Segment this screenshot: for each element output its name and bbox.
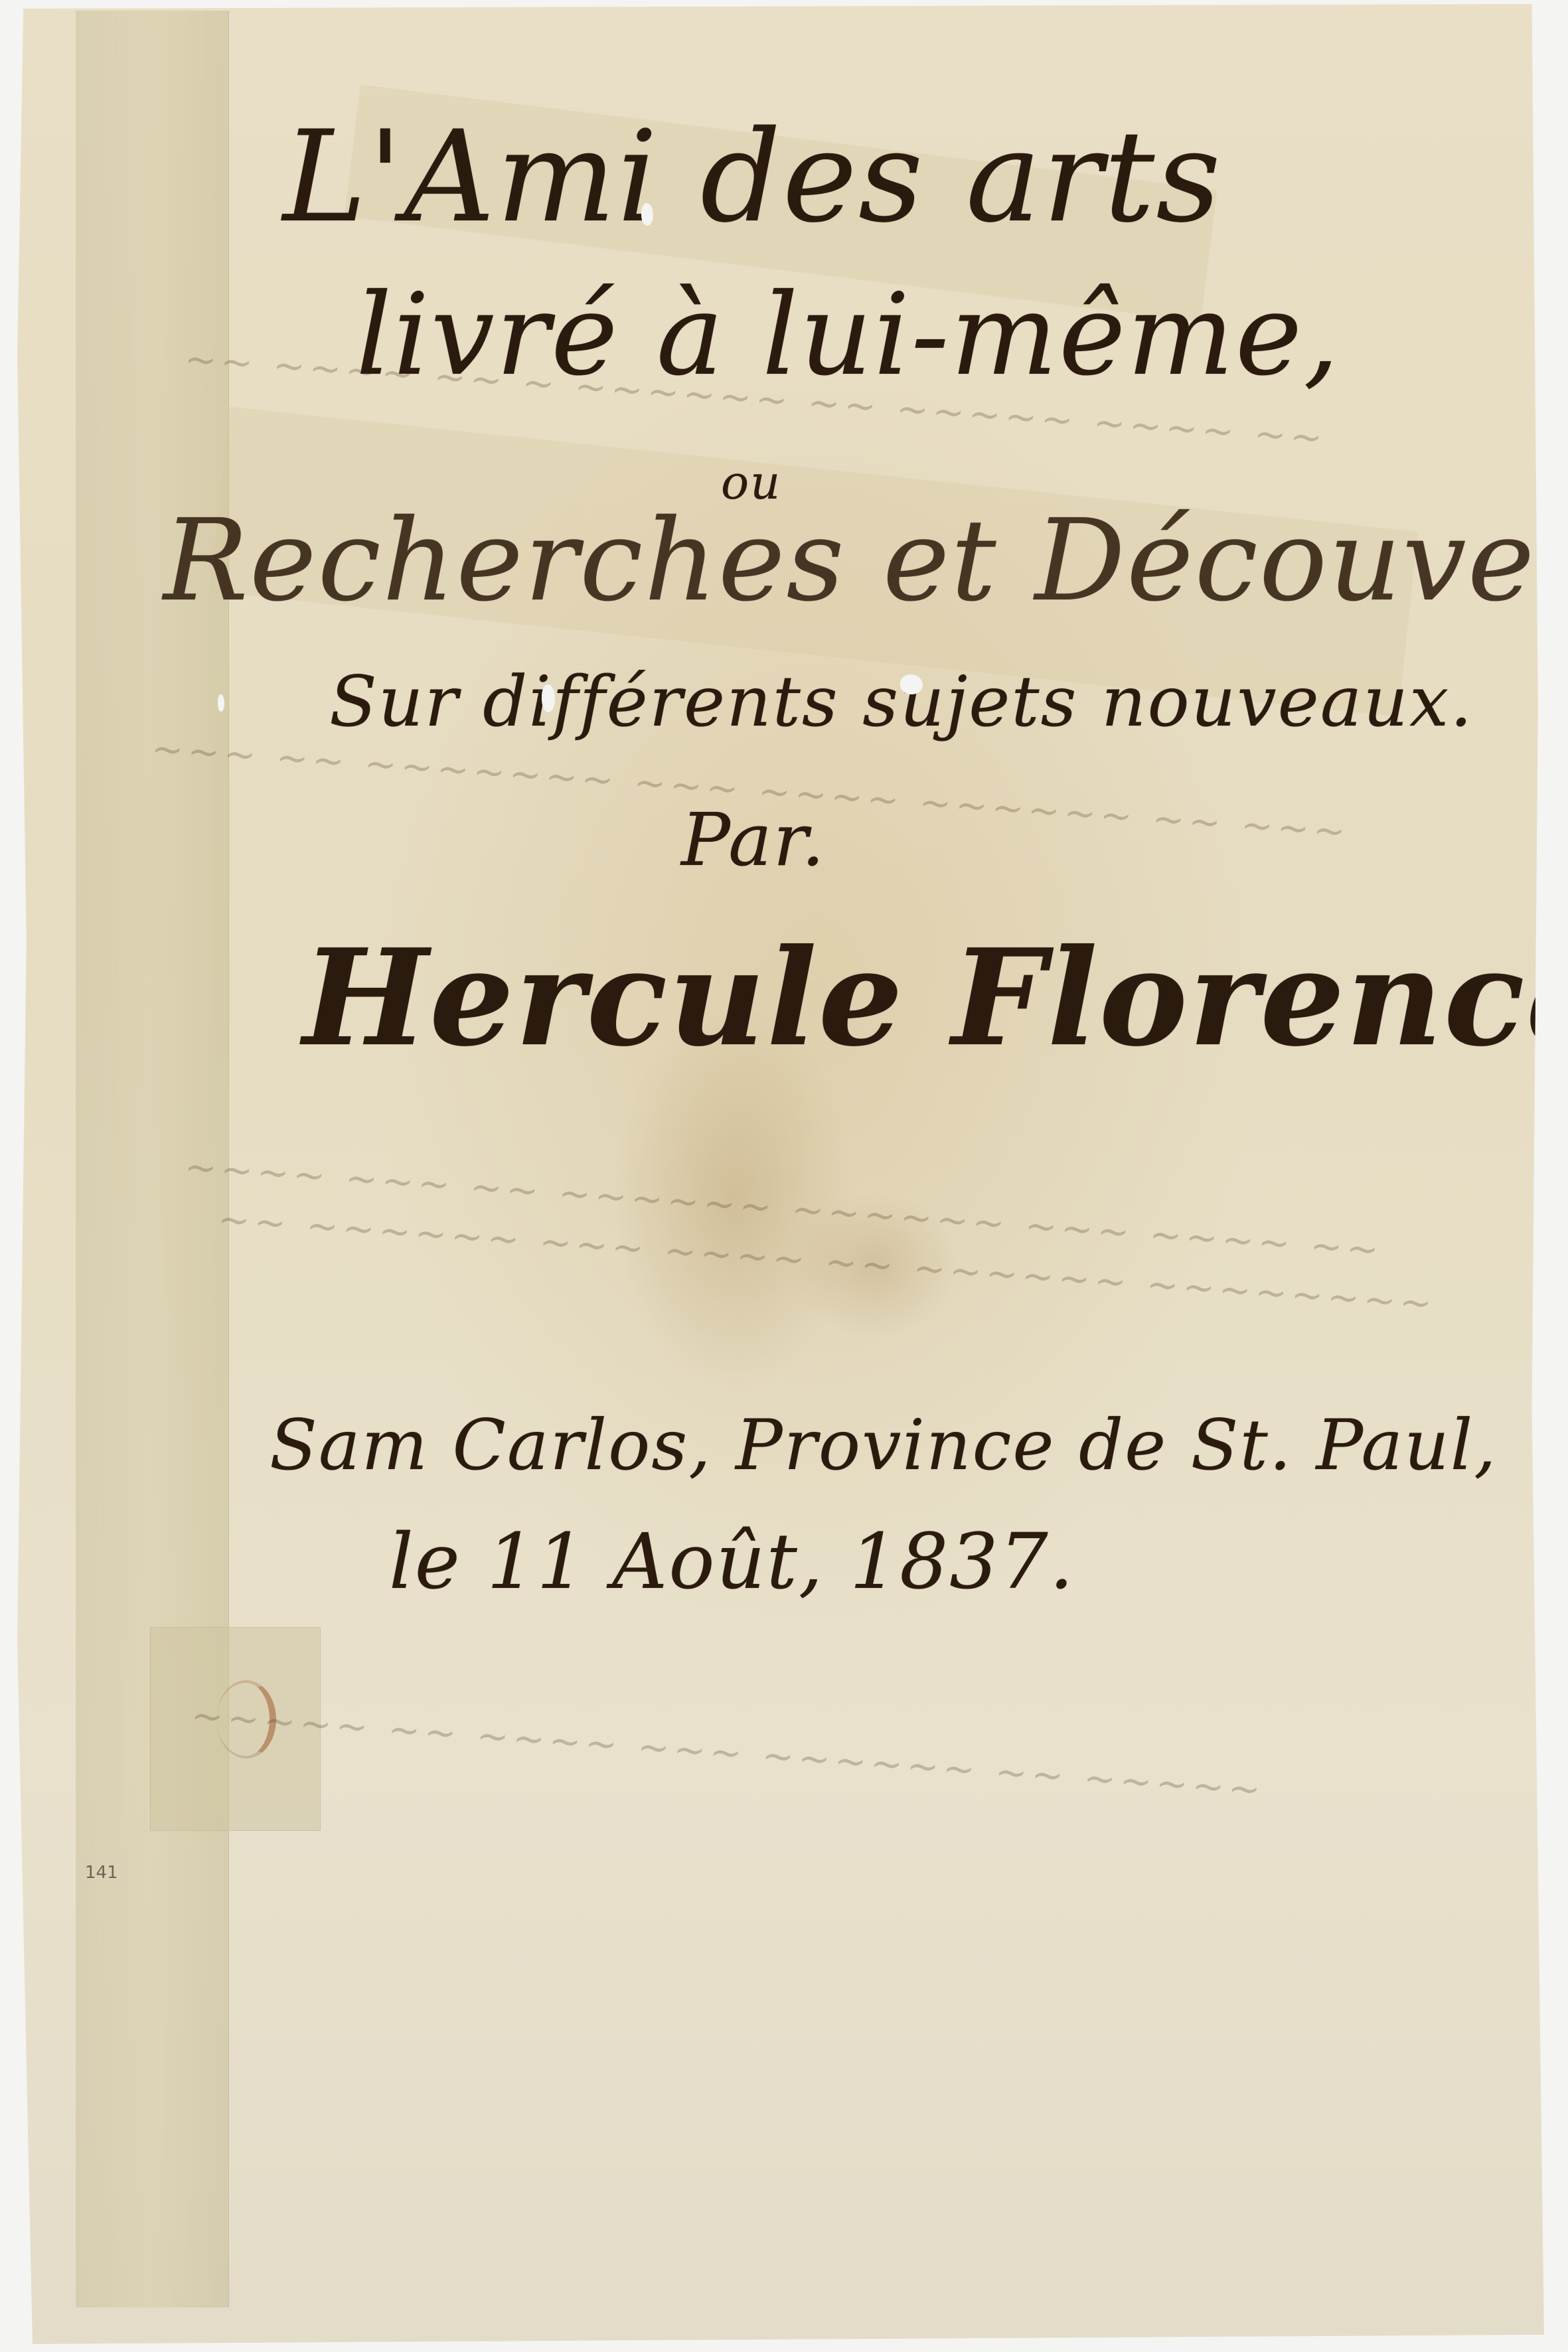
paper-hole [218, 694, 224, 712]
date-line: le 11 Août, 1837. [389, 1518, 1075, 1607]
paper-hole [542, 684, 555, 712]
author-name: Hercule Florence. [303, 920, 1568, 1076]
title-line-3: Recherches et Découvertes [163, 495, 1568, 627]
subtitle: Sur différents sujets nouveaux. [329, 661, 1474, 742]
by-label: Par. [681, 797, 826, 882]
archive-number: 141 [85, 1863, 118, 1883]
paper-hole [900, 674, 923, 694]
paper-hole [641, 203, 653, 226]
title-line-1: L'Ami des arts [283, 104, 1222, 250]
place-line: Sam Carlos, Province de St. Paul, [270, 1405, 1498, 1486]
title-line-2: livré à lui-même, [356, 270, 1340, 401]
manuscript-page: ~~ ~~~~ ~~ ~ ~~~~~~ ~~ ~~~~~ ~~~~ ~~ ~~~… [17, 4, 1544, 2344]
bleed-through-text: ~~~~~ ~~ ~~~~ ~~~ ~~~~~~ ~~ ~~~~~ [190, 1693, 1267, 1813]
